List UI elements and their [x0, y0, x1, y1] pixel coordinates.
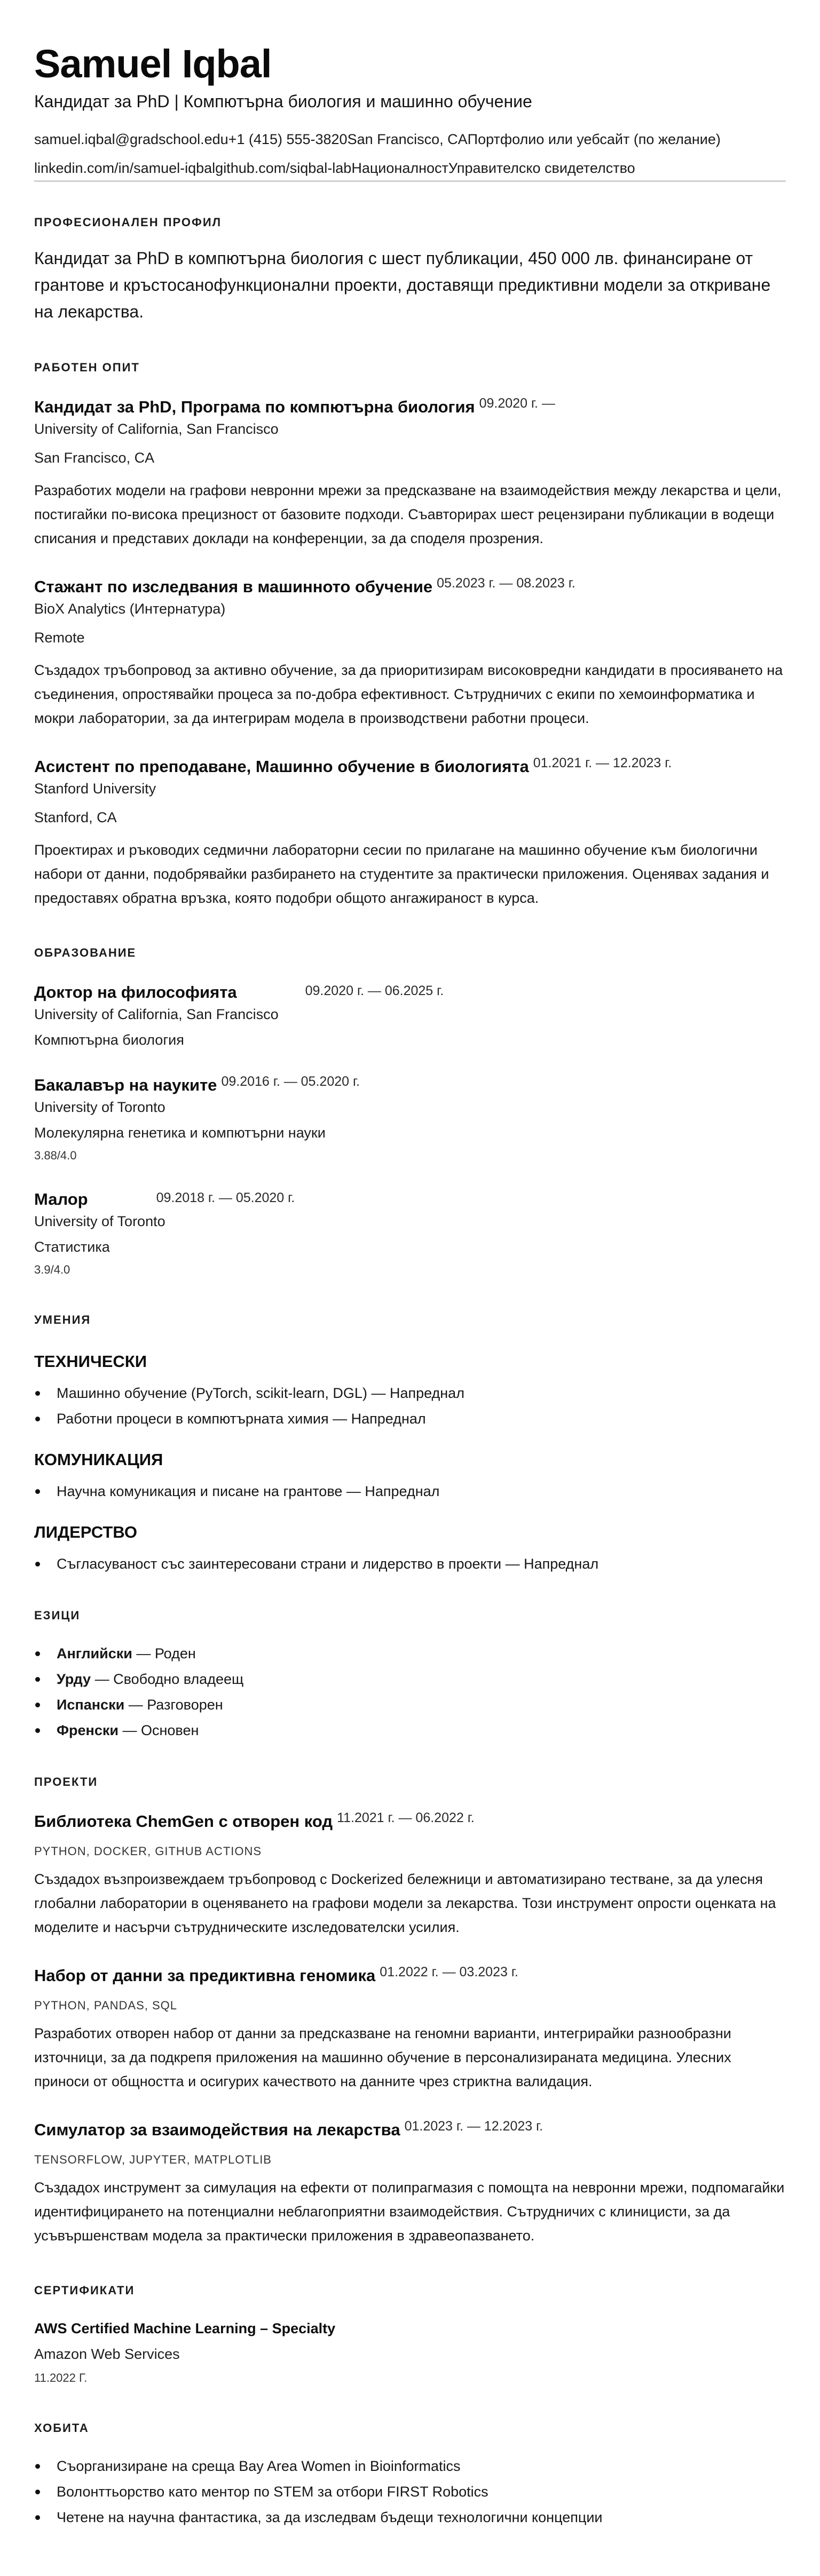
language-item: Урду — Свободно владеещ [34, 1670, 786, 1688]
gpa: 3.9/4.0 [34, 1262, 786, 1277]
hobby-item: Волонттьорство като ментор по STEM за от… [34, 2483, 786, 2501]
job-title: Асистент по преподаване, Машинно обучени… [34, 756, 529, 777]
bullet-icon [35, 2515, 40, 2520]
phone-number[interactable]: +1 (415) 555-3820 [228, 131, 348, 147]
section-profile: Професионален профил Кандидат за PhD в к… [34, 215, 786, 325]
skill-list: Съгласуваност със заинтересовани страни … [34, 1555, 786, 1573]
language-level: — Разговорен [124, 1697, 223, 1713]
job-dates: 05.2023 г. — 08.2023 г. [437, 575, 575, 591]
employer: Stanford University [34, 780, 786, 798]
project-dates: 11.2021 г. — 06.2022 г. [337, 1810, 475, 1826]
section-title: Сертификати [34, 2283, 786, 2298]
project-title: Набор от данни за предиктивна геномика [34, 1965, 375, 1986]
project-description: Създадох възпроизвеждаем тръбопровод с D… [34, 1867, 786, 1939]
language-level: — Свободно владеещ [91, 1671, 243, 1687]
school-name: University of Toronto [34, 1212, 786, 1230]
section-education: Образование Доктор на философията09.2020… [34, 945, 786, 1277]
resume-header: Samuel Iqbal Кандидат за PhD | Компютърн… [34, 42, 786, 182]
entry-header: Доктор на философията09.2020 г. — 06.202… [34, 982, 786, 1003]
section-hobbies: Хобита Съорганизиране на среща Bay Area … [34, 2421, 786, 2526]
skill-text: Работни процеси в компютърната химия — Н… [57, 1411, 426, 1427]
field-of-study: Статистика [34, 1238, 786, 1256]
nationality: Националност [351, 160, 448, 176]
degree-title: Бакалавър на науките [34, 1075, 217, 1096]
project-title: Библиотека ChemGen с отворен код [34, 1811, 333, 1832]
entry-header: Бакалавър на науките09.2016 г. — 05.2020… [34, 1075, 786, 1096]
section-title: Хобита [34, 2421, 786, 2436]
skill-list: Научна комуникация и писане на грантове … [34, 1482, 786, 1500]
degree-title: Малор [34, 1189, 88, 1210]
skill-text: Машинно обучение (PyTorch, scikit-learn,… [57, 1385, 464, 1401]
school-name: University of California, San Francisco [34, 1005, 786, 1023]
field-of-study: Молекулярна генетика и компютърни науки [34, 1124, 786, 1142]
skill-list: Машинно обучение (PyTorch, scikit-learn,… [34, 1384, 786, 1428]
job-description: Разработих модели на графови невронни мр… [34, 479, 786, 551]
job-location: Stanford, CA [34, 808, 786, 826]
project-tech-stack: Python, Docker, GitHub Actions [34, 1844, 786, 1859]
bullet-icon [35, 1417, 40, 1421]
section-title: Образование [34, 945, 786, 960]
bullet-icon [35, 1489, 40, 1494]
education-entry: Бакалавър на науките09.2016 г. — 05.2020… [34, 1075, 786, 1163]
education-list: Доктор на философията09.2020 г. — 06.202… [34, 982, 786, 1277]
contact-line-primary: samuel.iqbal@gradschool.edu+1 (415) 555-… [34, 130, 786, 148]
experience-entry: Асистент по преподаване, Машинно обучени… [34, 756, 786, 910]
employer: University of California, San Francisco [34, 420, 786, 438]
section-title: Умения [34, 1313, 786, 1327]
entry-header: Библиотека ChemGen с отворен код11.2021 … [34, 1811, 786, 1832]
education-entry: Малор09.2018 г. — 05.2020 г.University o… [34, 1189, 786, 1277]
skill-item: Работни процеси в компютърната химия — Н… [34, 1410, 786, 1428]
experience-entry: Стажант по изследвания в машинното обуче… [34, 576, 786, 730]
degree-dates: 09.2020 г. — 06.2025 г. [305, 983, 444, 999]
section-title: Проекти [34, 1775, 786, 1790]
entry-header: Кандидат за PhD, Програма по компютърна … [34, 396, 786, 418]
skill-item: Съгласуваност със заинтересовани страни … [34, 1555, 786, 1573]
skill-text: Научна комуникация и писане на грантове … [57, 1483, 439, 1499]
project-entry: Библиотека ChemGen с отворен код11.2021 … [34, 1811, 786, 1939]
field-of-study: Компютърна биология [34, 1031, 786, 1049]
job-dates: 09.2020 г. — [479, 395, 555, 411]
degree-dates: 09.2018 г. — 05.2020 г. [156, 1190, 295, 1206]
job-dates: 01.2021 г. — 12.2023 г. [533, 755, 672, 771]
entry-header: Стажант по изследвания в машинното обуче… [34, 576, 786, 598]
job-description: Създадох тръбопровод за активно обучение… [34, 658, 786, 730]
entry-header: Симулатор за взаимодействия на лекарства… [34, 2119, 786, 2141]
language-name: Испански [57, 1697, 124, 1713]
entry-header: Набор от данни за предиктивна геномика01… [34, 1965, 786, 1986]
resume-page: Samuel Iqbal Кандидат за PhD | Компютърн… [0, 0, 820, 2558]
skill-group-title: Технически [34, 1351, 786, 1372]
degree-title: Доктор на философията [34, 982, 237, 1003]
language-item: Испански — Разговорен [34, 1696, 786, 1714]
section-title: Езици [34, 1608, 786, 1623]
project-tech-stack: TensorFlow, Jupyter, Matplotlib [34, 2152, 786, 2167]
skill-group-title: Комуникация [34, 1449, 786, 1470]
job-location: Remote [34, 629, 786, 647]
contact-line-secondary: linkedin.com/in/samuel-iqbalgithub.com/s… [34, 159, 786, 177]
project-entry: Симулатор за взаимодействия на лекарства… [34, 2119, 786, 2248]
bullet-icon [35, 1677, 40, 1682]
section-title: Професионален профил [34, 215, 786, 230]
bullet-icon [35, 2464, 40, 2469]
section-projects: Проекти Библиотека ChemGen с отворен код… [34, 1775, 786, 2248]
hobbies-list: Съорганизиране на среща Bay Area Women i… [34, 2457, 786, 2526]
certificate-issuer: Amazon Web Services [34, 2345, 786, 2363]
entry-header: Малор09.2018 г. — 05.2020 г. [34, 1189, 786, 1210]
email-link[interactable]: samuel.iqbal@gradschool.edu [34, 131, 228, 147]
certificate-date: 11.2022 Г. [34, 2371, 786, 2386]
bullet-icon [35, 1703, 40, 1707]
language-level: — Роден [132, 1645, 196, 1661]
section-skills: Умения ТехническиМашинно обучение (PyTor… [34, 1313, 786, 1573]
github-link[interactable]: github.com/siqbal-lab [215, 160, 351, 176]
bullet-icon [35, 1728, 40, 1733]
language-name: Френски [57, 1722, 119, 1738]
header-divider [34, 180, 786, 182]
section-certificates: Сертификати AWS Certified Machine Learni… [34, 2283, 786, 2386]
language-level: — Основен [119, 1722, 199, 1738]
location: San Francisco, CA [348, 131, 468, 147]
language-item: Английски — Роден [34, 1644, 786, 1663]
profile-summary: Кандидат за PhD в компютърна биология с … [34, 245, 786, 325]
language-name: Урду [57, 1671, 91, 1687]
projects-list: Библиотека ChemGen с отворен код11.2021 … [34, 1811, 786, 2248]
hobby-item: Съорганизиране на среща Bay Area Women i… [34, 2457, 786, 2475]
hobby-text: Четене на научна фантастика, за да изсле… [57, 2509, 603, 2525]
skill-group-title: Лидерство [34, 1522, 786, 1543]
project-description: Разработих отворен набор от данни за пре… [34, 2022, 786, 2094]
experience-list: Кандидат за PhD, Програма по компютърна … [34, 396, 786, 910]
project-tech-stack: Python, Pandas, SQL [34, 1998, 786, 2013]
job-title: Стажант по изследвания в машинното обуче… [34, 576, 432, 598]
skill-item: Научна комуникация и писане на грантове … [34, 1482, 786, 1500]
gpa: 3.88/4.0 [34, 1148, 786, 1163]
language-name: Английски [57, 1645, 132, 1661]
skills-list: ТехническиМашинно обучение (PyTorch, sci… [34, 1351, 786, 1573]
linkedin-link[interactable]: linkedin.com/in/samuel-iqbal [34, 160, 215, 176]
project-entry: Набор от данни за предиктивна геномика01… [34, 1965, 786, 2094]
bullet-icon [35, 2490, 40, 2494]
degree-dates: 09.2016 г. — 05.2020 г. [221, 1074, 360, 1090]
section-title: Работен опит [34, 360, 786, 375]
education-entry: Доктор на философията09.2020 г. — 06.202… [34, 982, 786, 1049]
project-description: Създадох инструмент за симулация на ефек… [34, 2176, 786, 2248]
language-item: Френски — Основен [34, 1721, 786, 1739]
section-languages: Езици Английски — РоденУрду — Свободно в… [34, 1608, 786, 1739]
candidate-headline: Кандидат за PhD | Компютърна биология и … [34, 91, 786, 112]
bullet-icon [35, 1391, 40, 1396]
experience-entry: Кандидат за PhD, Програма по компютърна … [34, 396, 786, 551]
project-title: Симулатор за взаимодействия на лекарства [34, 2119, 400, 2141]
certificate-name: AWS Certified Machine Learning – Special… [34, 2319, 786, 2338]
skill-item: Машинно обучение (PyTorch, scikit-learn,… [34, 1384, 786, 1402]
hobby-text: Съорганизиране на среща Bay Area Women i… [57, 2458, 460, 2474]
drivers-license: Управителско свидетелство [448, 160, 635, 176]
skill-text: Съгласуваност със заинтересовани страни … [57, 1556, 598, 1572]
bullet-icon [35, 1651, 40, 1656]
candidate-name: Samuel Iqbal [34, 42, 786, 86]
job-description: Проектирах и ръководих седмични лаборато… [34, 838, 786, 910]
employer: BioX Analytics (Интернатура) [34, 600, 786, 618]
job-title: Кандидат за PhD, Програма по компютърна … [34, 396, 475, 418]
entry-header: Асистент по преподаване, Машинно обучени… [34, 756, 786, 777]
section-experience: Работен опит Кандидат за PhD, Програма п… [34, 360, 786, 910]
project-dates: 01.2022 г. — 03.2023 г. [380, 1964, 518, 1980]
job-location: San Francisco, CA [34, 449, 786, 467]
hobby-item: Четене на научна фантастика, за да изсле… [34, 2508, 786, 2526]
certificates-list: AWS Certified Machine Learning – Special… [34, 2319, 786, 2386]
project-dates: 01.2023 г. — 12.2023 г. [405, 2118, 543, 2134]
hobby-text: Волонттьорство като ментор по STEM за от… [57, 2484, 488, 2500]
school-name: University of Toronto [34, 1098, 786, 1116]
bullet-icon [35, 1562, 40, 1567]
languages-list: Английски — РоденУрду — Свободно владеещ… [34, 1644, 786, 1739]
portfolio-link[interactable]: Портфолио или уебсайт (по желание) [468, 131, 721, 147]
